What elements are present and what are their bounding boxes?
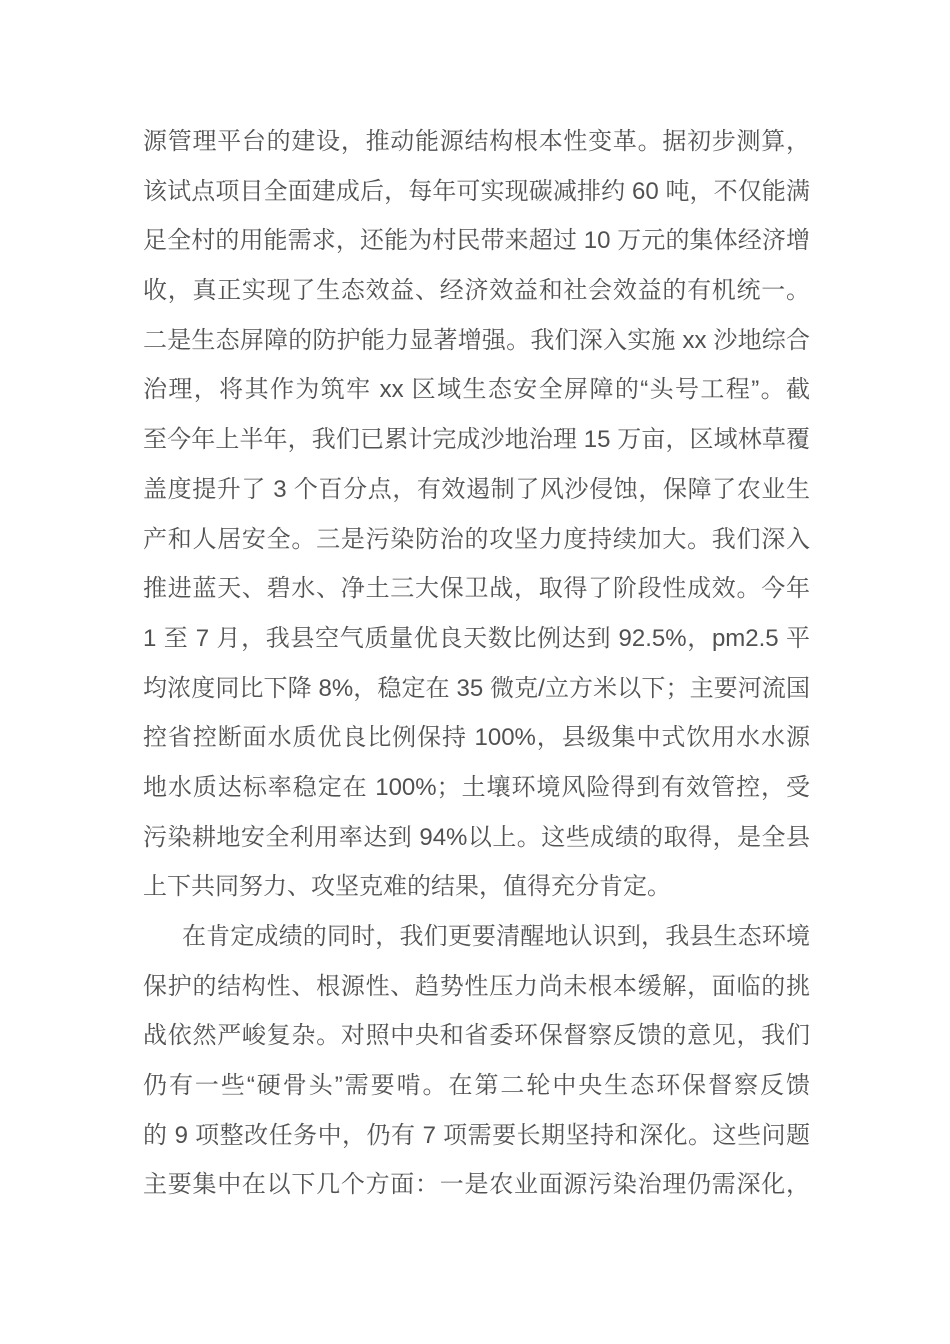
text-line: 二是生态屏障的防护能力显著增强。我们深入实施 xx 沙地综合 bbox=[143, 316, 810, 366]
text-line: 该试点项目全面建成后，每年可实现碳减排约 60 吨，不仅能满 bbox=[143, 167, 810, 217]
text-line: 主要集中在以下几个方面：一是农业面源污染治理仍需深化， bbox=[143, 1160, 810, 1210]
text-line: 上下共同努力、攻坚克难的结果，值得充分肯定。 bbox=[143, 862, 810, 912]
text-line: 保护的结构性、根源性、趋势性压力尚未根本缓解，面临的挑 bbox=[143, 962, 810, 1012]
text-line: 盖度提升了 3 个百分点，有效遏制了风沙侵蚀，保障了农业生 bbox=[143, 465, 810, 515]
text-line: 地水质达标率稳定在 100%；土壤环境风险得到有效管控，受 bbox=[143, 763, 810, 813]
text-line: 控省控断面水质优良比例保持 100%，县级集中式饮用水水源 bbox=[143, 713, 810, 763]
text-line: 源管理平台的建设，推动能源结构根本性变革。据初步测算， bbox=[143, 117, 810, 167]
text-line: 仍有一些“硬骨头”需要啃。在第二轮中央生态环保督察反馈 bbox=[143, 1061, 810, 1111]
text-line: 至今年上半年，我们已累计完成沙地治理 15 万亩，区域林草覆 bbox=[143, 415, 810, 465]
text-line: 的 9 项整改任务中，仍有 7 项需要长期坚持和深化。这些问题 bbox=[143, 1111, 810, 1161]
document-page: 源管理平台的建设，推动能源结构根本性变革。据初步测算，该试点项目全面建成后，每年… bbox=[0, 0, 950, 1344]
text-line: 污染耕地安全利用率达到 94%以上。这些成绩的取得，是全县 bbox=[143, 813, 810, 863]
text-line: 1 至 7 月，我县空气质量优良天数比例达到 92.5%，pm2.5 平 bbox=[143, 614, 810, 664]
text-line: 在肯定成绩的同时，我们更要清醒地认识到，我县生态环境 bbox=[143, 912, 810, 962]
document-body: 源管理平台的建设，推动能源结构根本性变革。据初步测算，该试点项目全面建成后，每年… bbox=[143, 117, 810, 1210]
text-line: 均浓度同比下降 8%，稳定在 35 微克/立方米以下；主要河流国 bbox=[143, 664, 810, 714]
text-line: 推进蓝天、碧水、净土三大保卫战，取得了阶段性成效。今年 bbox=[143, 564, 810, 614]
text-line: 收，真正实现了生态效益、经济效益和社会效益的有机统一。 bbox=[143, 266, 810, 316]
text-line: 战依然严峻复杂。对照中央和省委环保督察反馈的意见，我们 bbox=[143, 1011, 810, 1061]
text-line: 产和人居安全。三是污染防治的攻坚力度持续加大。我们深入 bbox=[143, 515, 810, 565]
text-line: 治理，将其作为筑牢 xx 区域生态安全屏障的“头号工程”。截 bbox=[143, 365, 810, 415]
text-line: 足全村的用能需求，还能为村民带来超过 10 万元的集体经济增 bbox=[143, 216, 810, 266]
